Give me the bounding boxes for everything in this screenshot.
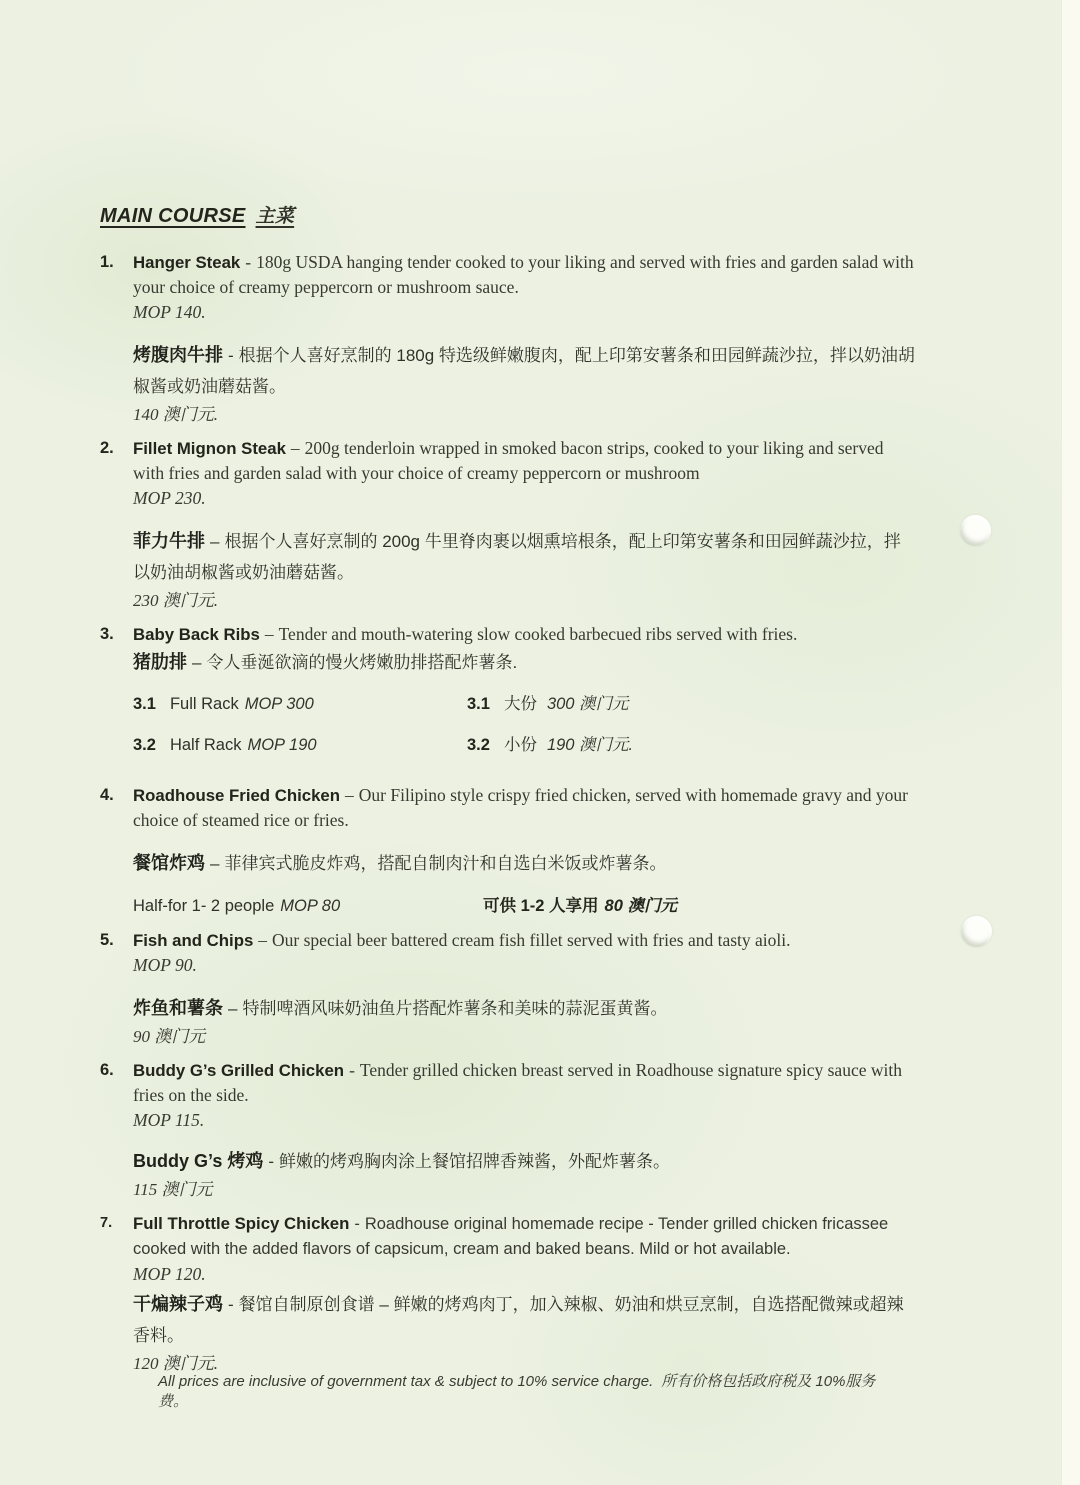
separator-dash: – — [210, 532, 219, 551]
item-number: 7. — [100, 1211, 133, 1376]
option-number: 3.1 — [467, 695, 490, 713]
separator-dash: – — [265, 624, 274, 644]
item-text: Fish and Chips–Our special beer battered… — [133, 928, 915, 1049]
item-zh-block: 烤腹肉牛排-根据个人喜好烹制的 180g 特选级鲜嫩腹肉，配上印第安薯条和田园鲜… — [133, 340, 915, 427]
item-desc-zh: Buddy G’s 烤鸡-鲜嫩的烤鸡胸肉涂上餐馆招牌香辣酱，外配炸薯条。 — [133, 1146, 915, 1177]
option-label-en: Full Rack — [170, 695, 239, 713]
option-price-zh: 300 澳门元 — [547, 695, 629, 713]
serving-label-en: Half-for 1- 2 people — [133, 897, 274, 915]
item-name-en: Baby Back Ribs — [133, 625, 260, 644]
item-text: Full Throttle Spicy Chicken-Roadhouse or… — [133, 1211, 915, 1376]
menu-content: MAIN COURSE主菜 1. Hanger Steak-180g USDA … — [100, 201, 915, 1385]
item-name-en: Fillet Mignon Steak — [133, 439, 286, 458]
item-name-en: Buddy G’s Grilled Chicken — [133, 1061, 344, 1080]
menu-item-fish-and-chips: 5. Fish and Chips–Our special beer batte… — [100, 928, 915, 1049]
separator-dash: - — [354, 1215, 360, 1233]
separator-dash: – — [210, 854, 219, 873]
item-zh-block: 餐馆炸鸡–菲律宾式脆皮炸鸡，搭配自制肉汁和自选白米饭或炸薯条。 — [133, 848, 915, 879]
item-desc-en: Roadhouse Fried Chicken–Our Filipino sty… — [133, 783, 915, 833]
item-text: Buddy G’s Grilled Chicken-Tender grilled… — [133, 1058, 915, 1202]
section-title-en: MAIN COURSE — [100, 205, 246, 227]
item-desc-zh: 猪肋排–令人垂涎欲滴的慢火烤嫩肋排搭配炸薯条. — [133, 647, 915, 678]
tax-service-charge-note: All prices are inclusive of government t… — [158, 1372, 898, 1412]
option-number: 3.2 — [133, 736, 156, 754]
item-name-zh: 猪肋排 — [133, 652, 187, 672]
separator-dash: - — [268, 1152, 274, 1171]
item-price-en: MOP 115. — [133, 1108, 915, 1133]
rib-size-options: 3.1Full RackMOP 300 3.1大份300 澳门元 3.2Half… — [133, 692, 915, 758]
item-name-en: Fish and Chips — [133, 931, 253, 950]
item-desc-text-zh: 令人垂涎欲滴的慢火烤嫩肋排搭配炸薯条. — [206, 653, 517, 672]
option-zh: 3.1大份300 澳门元 — [467, 692, 629, 717]
option-number: 3.1 — [133, 695, 156, 713]
item-number: 5. — [100, 928, 133, 1049]
item-price-en: MOP 230. — [133, 486, 915, 511]
item-desc-text-zh: 特制啤酒风味奶油鱼片搭配炸薯条和美味的蒜泥蛋黄酱。 — [242, 999, 667, 1018]
item-price-zh: 115 澳门元 — [133, 1177, 915, 1202]
item-number: 2. — [100, 436, 133, 613]
item-desc-en: Baby Back Ribs–Tender and mouth-watering… — [133, 622, 915, 647]
option-en: 3.1Full RackMOP 300 — [133, 692, 467, 717]
item-desc-zh: 烤腹肉牛排-根据个人喜好烹制的 180g 特选级鲜嫩腹肉，配上印第安薯条和田园鲜… — [133, 340, 915, 402]
serving-price-en: MOP 80 — [280, 897, 340, 915]
item-zh-block: 菲力牛排–根据个人喜好烹制的 200g 牛里脊肉裹以烟熏培根条，配上印第安薯条和… — [133, 526, 915, 613]
item-desc-zh: 菲力牛排–根据个人喜好烹制的 200g 牛里脊肉裹以烟熏培根条，配上印第安薯条和… — [133, 526, 915, 588]
menu-item-fillet-mignon: 2. Fillet Mignon Steak–200g tenderloin w… — [100, 436, 915, 613]
item-desc-text-zh: 根据个人喜好烹制的 200g 牛里脊肉裹以烟熏培根条，配上印第安薯条和田园鲜蔬沙… — [133, 532, 901, 582]
scan-edge-strip — [1061, 0, 1080, 1485]
menu-item-hanger-steak: 1. Hanger Steak-180g USDA hanging tender… — [100, 250, 915, 427]
item-desc-en: Fillet Mignon Steak–200g tenderloin wrap… — [133, 436, 915, 486]
item-zh-block: 干煸辣子鸡-餐馆自制原创食谱 – 鲜嫩的烤鸡肉丁，加入辣椒、奶油和烘豆烹制，自选… — [133, 1289, 915, 1376]
item-desc-zh: 炸鱼和薯条–特制啤酒风味奶油鱼片搭配炸薯条和美味的蒜泥蛋黄酱。 — [133, 993, 915, 1024]
item-desc-en: Buddy G’s Grilled Chicken-Tender grilled… — [133, 1058, 915, 1108]
serving-en: Half-for 1- 2 peopleMOP 80 — [133, 894, 483, 919]
item-desc-text-zh: 鲜嫩的烤鸡胸肉涂上餐馆招牌香辣酱，外配炸薯条。 — [279, 1152, 670, 1171]
item-desc-en: Full Throttle Spicy Chicken-Roadhouse or… — [133, 1211, 915, 1262]
item-price-zh: 90 澳门元 — [133, 1024, 915, 1049]
option-row-full-rack: 3.1Full RackMOP 300 3.1大份300 澳门元 — [133, 692, 915, 717]
item-price-en: MOP 90. — [133, 953, 915, 978]
item-zh-block: 猪肋排–令人垂涎欲滴的慢火烤嫩肋排搭配炸薯条. — [133, 647, 915, 678]
serving-price-zh: 80 澳门元 — [605, 897, 677, 915]
item-desc-text-en: Our special beer battered cream fish fil… — [272, 930, 790, 950]
item-name-zh: 炸鱼和薯条 — [133, 998, 223, 1018]
item-text: Baby Back Ribs–Tender and mouth-watering… — [133, 622, 915, 774]
item-name-en: Roadhouse Fried Chicken — [133, 786, 340, 805]
item-name-zh: 餐馆炸鸡 — [133, 853, 205, 873]
item-text: Fillet Mignon Steak–200g tenderloin wrap… — [133, 436, 915, 613]
item-desc-zh: 餐馆炸鸡–菲律宾式脆皮炸鸡，搭配自制肉汁和自选白米饭或炸薯条。 — [133, 848, 915, 879]
scanned-menu-page: MAIN COURSE主菜 1. Hanger Steak-180g USDA … — [0, 0, 1080, 1485]
hole-punch — [961, 916, 992, 947]
item-desc-text-zh: 餐馆自制原创食谱 – 鲜嫩的烤鸡肉丁，加入辣椒、奶油和烘豆烹制，自选搭配微辣或超… — [133, 1295, 904, 1345]
item-desc-text-zh: 菲律宾式脆皮炸鸡，搭配自制肉汁和自选白米饭或炸薯条。 — [224, 854, 666, 873]
item-name-zh: 菲力牛排 — [133, 531, 205, 551]
option-label-zh: 大份 — [504, 695, 537, 713]
item-name-zh: Buddy G’s 烤鸡 — [133, 1151, 263, 1171]
item-desc-zh: 干煸辣子鸡-餐馆自制原创食谱 – 鲜嫩的烤鸡肉丁，加入辣椒、奶油和烘豆烹制，自选… — [133, 1289, 915, 1351]
separator-dash: – — [291, 438, 300, 458]
separator-dash: - — [228, 346, 234, 365]
item-name-en: Full Throttle Spicy Chicken — [133, 1214, 349, 1233]
separator-dash: - — [245, 252, 251, 272]
option-number: 3.2 — [467, 736, 490, 754]
footer-text-en: All prices are inclusive of government t… — [158, 1373, 653, 1390]
serving-label-zh: 可供 1-2 人享用 — [483, 897, 599, 915]
item-desc-text-en: Tender and mouth-watering slow cooked ba… — [279, 624, 798, 644]
option-row-half-rack: 3.2Half RackMOP 190 3.2小份190 澳门元. — [133, 733, 915, 758]
item-desc-en: Hanger Steak-180g USDA hanging tender co… — [133, 250, 915, 300]
item-desc-en: Fish and Chips–Our special beer battered… — [133, 928, 915, 953]
option-en: 3.2Half RackMOP 190 — [133, 733, 467, 758]
option-price-en: MOP 300 — [245, 695, 314, 713]
item-text: Hanger Steak-180g USDA hanging tender co… — [133, 250, 915, 427]
serving-zh: 可供 1-2 人享用80 澳门元 — [483, 894, 677, 919]
separator-dash: – — [258, 930, 267, 950]
serving-row: Half-for 1- 2 peopleMOP 80 可供 1-2 人享用80 … — [133, 894, 915, 919]
separator-dash: - — [349, 1060, 355, 1080]
item-zh-block: 炸鱼和薯条–特制啤酒风味奶油鱼片搭配炸薯条和美味的蒜泥蛋黄酱。 90 澳门元 — [133, 993, 915, 1049]
separator-dash: - — [228, 1295, 234, 1314]
menu-item-full-throttle-spicy-chicken: 7. Full Throttle Spicy Chicken-Roadhouse… — [100, 1211, 915, 1376]
menu-item-buddy-gs-grilled-chicken: 6. Buddy G’s Grilled Chicken-Tender gril… — [100, 1058, 915, 1202]
option-label-zh: 小份 — [504, 736, 537, 754]
item-price-en: MOP 120. — [133, 1262, 915, 1287]
item-number: 3. — [100, 622, 133, 774]
section-title: MAIN COURSE主菜 — [100, 201, 915, 232]
option-label-en: Half Rack — [170, 736, 242, 754]
menu-item-roadhouse-fried-chicken: 4. Roadhouse Fried Chicken–Our Filipino … — [100, 783, 915, 919]
option-zh: 3.2小份190 澳门元. — [467, 733, 633, 758]
item-name-zh: 干煸辣子鸡 — [133, 1294, 223, 1314]
hole-punch — [960, 515, 991, 546]
item-number: 4. — [100, 783, 133, 919]
item-name-en: Hanger Steak — [133, 253, 240, 272]
item-price-zh: 140 澳门元. — [133, 402, 915, 427]
menu-item-baby-back-ribs: 3. Baby Back Ribs–Tender and mouth-water… — [100, 622, 915, 774]
separator-dash: – — [228, 999, 237, 1018]
item-number: 1. — [100, 250, 133, 427]
item-name-zh: 烤腹肉牛排 — [133, 345, 223, 365]
item-text: Roadhouse Fried Chicken–Our Filipino sty… — [133, 783, 915, 919]
item-price-en: MOP 140. — [133, 300, 915, 325]
item-number: 6. — [100, 1058, 133, 1202]
separator-dash: – — [345, 785, 354, 805]
item-desc-text-zh: 根据个人喜好烹制的 180g 特选级鲜嫩腹肉，配上印第安薯条和田园鲜蔬沙拉，拌以… — [133, 346, 915, 396]
item-price-zh: 230 澳门元. — [133, 588, 915, 613]
section-title-zh: 主菜 — [256, 206, 295, 227]
option-price-zh: 190 澳门元. — [547, 736, 633, 754]
option-price-en: MOP 190 — [247, 736, 316, 754]
separator-dash: – — [192, 653, 201, 672]
item-zh-block: Buddy G’s 烤鸡-鲜嫩的烤鸡胸肉涂上餐馆招牌香辣酱，外配炸薯条。 115… — [133, 1146, 915, 1202]
